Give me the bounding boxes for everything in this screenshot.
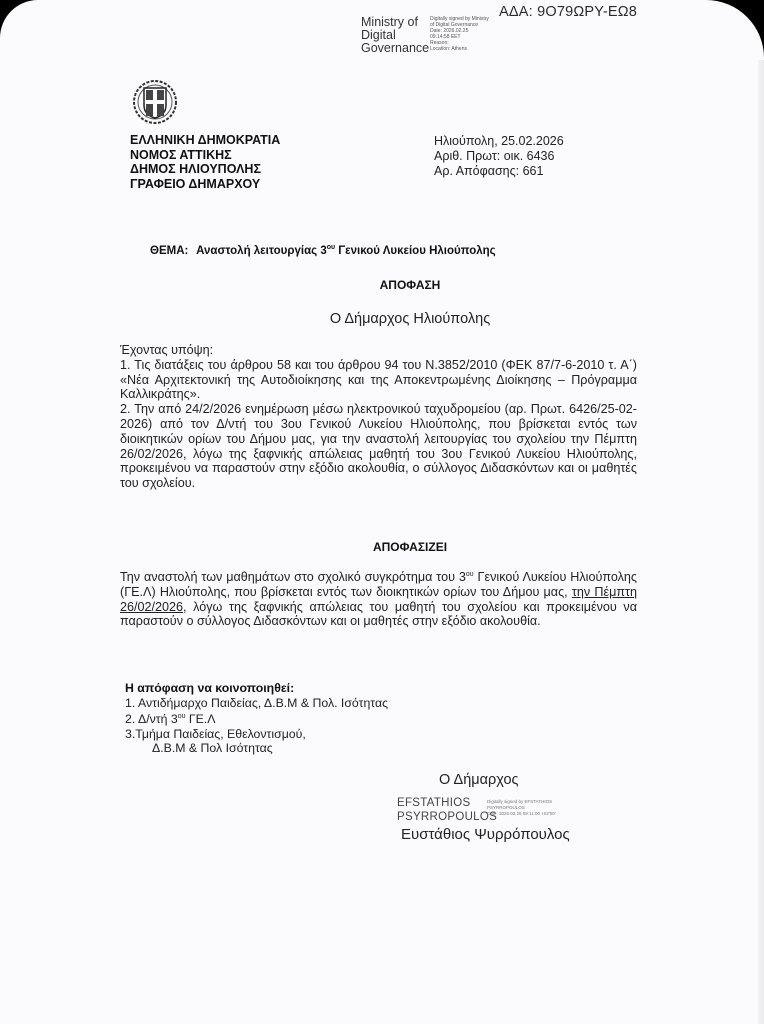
decision-part: Την αναστολή των μαθημάτων στο σχολικό σ… (120, 570, 466, 584)
electronic-signature-meta: Digitally signed by EFSTATHIOS PSYRROPOU… (487, 799, 556, 817)
notification-item-continuation: Δ.Β.Μ & Πολ Ισότητας (125, 741, 388, 756)
notification-item: 3.Τμήμα Παιδείας, Εθελοντισμού, (125, 727, 388, 742)
ordinal-suffix: ου (466, 571, 474, 578)
signatory-role: Ο Δήμαρχος (439, 772, 519, 788)
ministry-signature-meta: Digitally signed by Ministry of Digital … (430, 16, 489, 52)
issuer-line: ΓΡΑΦΕΙΟ ΔΗΜΑΡΧΟΥ (130, 177, 280, 192)
subject-line: ΘΕΜΑ: Αναστολή λειτουργίας 3ου Γενικού Λ… (150, 244, 496, 257)
notification-item: 2. Δ/ντή 3ου ΓΕ.Λ (125, 710, 388, 727)
subject-text: Αναστολή λειτουργίας 3 (196, 245, 327, 257)
document-title: ΑΠΟΦΑΣΗ (0, 278, 764, 292)
subject-label: ΘΕΜΑ: (150, 245, 188, 257)
issuer-line: ΝΟΜΟΣ ΑΤΤΙΚΗΣ (130, 148, 280, 163)
considering-intro: Έχοντας υπόψη: (120, 343, 637, 358)
signatory-name: Ευστάθιος Ψυρρόπουλος (401, 826, 570, 843)
issuer-line: ΕΛΛΗΝΙΚΗ ΔΗΜΟΚΡΑΤΙΑ (130, 133, 280, 148)
notification-list: Η απόφαση να κοινοποιηθεί: 1. Αντιδήμαρχ… (125, 681, 388, 756)
esig-line: EFSTATHIOS (397, 797, 497, 811)
issuer-line: ΔΗΜΟΣ ΗΛΙΟΥΠΟΛΗΣ (130, 162, 280, 177)
subject-text: Γενικού Λυκείου Ηλιούπολης (335, 245, 496, 257)
mayor-heading: Ο Δήμαρχος Ηλιούπολης (0, 311, 764, 327)
esig-line: PSYRROPOULOS (397, 811, 497, 825)
reference-block: Ηλιούπολη, 25.02.2026 Αριθ. Πρωτ: οικ. 6… (434, 134, 564, 179)
considering-section: Έχοντας υπόψη: 1. Τις διατάξεις του άρθρ… (120, 343, 637, 491)
ordinal-suffix: ου (327, 244, 335, 251)
notification-item: 1. Αντιδήμαρχο Παιδείας, Δ.Β.Μ & Πολ. Ισ… (125, 696, 388, 711)
ada-code: ΑΔΑ: 9Ο79ΩΡΥ-ΕΩ8 (499, 4, 637, 20)
greek-coat-of-arms-icon (132, 79, 178, 125)
decision-part: , λόγω της ξαφνικής απώλειας του μαθητή … (120, 600, 637, 629)
notification-title: Η απόφαση να κοινοποιηθεί: (125, 681, 388, 696)
ministry-line: Governance (361, 42, 429, 55)
notification-text: ΓΕ.Λ (185, 712, 215, 726)
decision-number: Αρ. Απόφασης: 661 (434, 164, 564, 179)
decides-heading: ΑΠΟΦΑΣΙΖΕΙ (0, 540, 764, 554)
considering-item: 1. Τις διατάξεις του άρθρου 58 και του ά… (120, 358, 637, 402)
document-page: ΑΔΑ: 9Ο79ΩΡΥ-ΕΩ8 Ministry of Digital Gov… (0, 0, 764, 1024)
ministry-signature-label: Ministry of Digital Governance (361, 16, 429, 55)
issuer-block: ΕΛΛΗΝΙΚΗ ΔΗΜΟΚΡΑΤΙΑ ΝΟΜΟΣ ΑΤΤΙΚΗΣ ΔΗΜΟΣ … (130, 133, 280, 191)
considering-item: 2. Την από 24/2/2026 ενημέρωση μέσω ηλεκ… (120, 402, 637, 491)
place-date: Ηλιούπολη, 25.02.2026 (434, 134, 564, 149)
electronic-signature-name: EFSTATHIOS PSYRROPOULOS (397, 797, 497, 824)
decision-text: Την αναστολή των μαθημάτων στο σχολικό σ… (120, 568, 637, 629)
protocol-number: Αριθ. Πρωτ: οικ. 6436 (434, 149, 564, 164)
notification-text: 2. Δ/ντή 3 (125, 712, 178, 726)
